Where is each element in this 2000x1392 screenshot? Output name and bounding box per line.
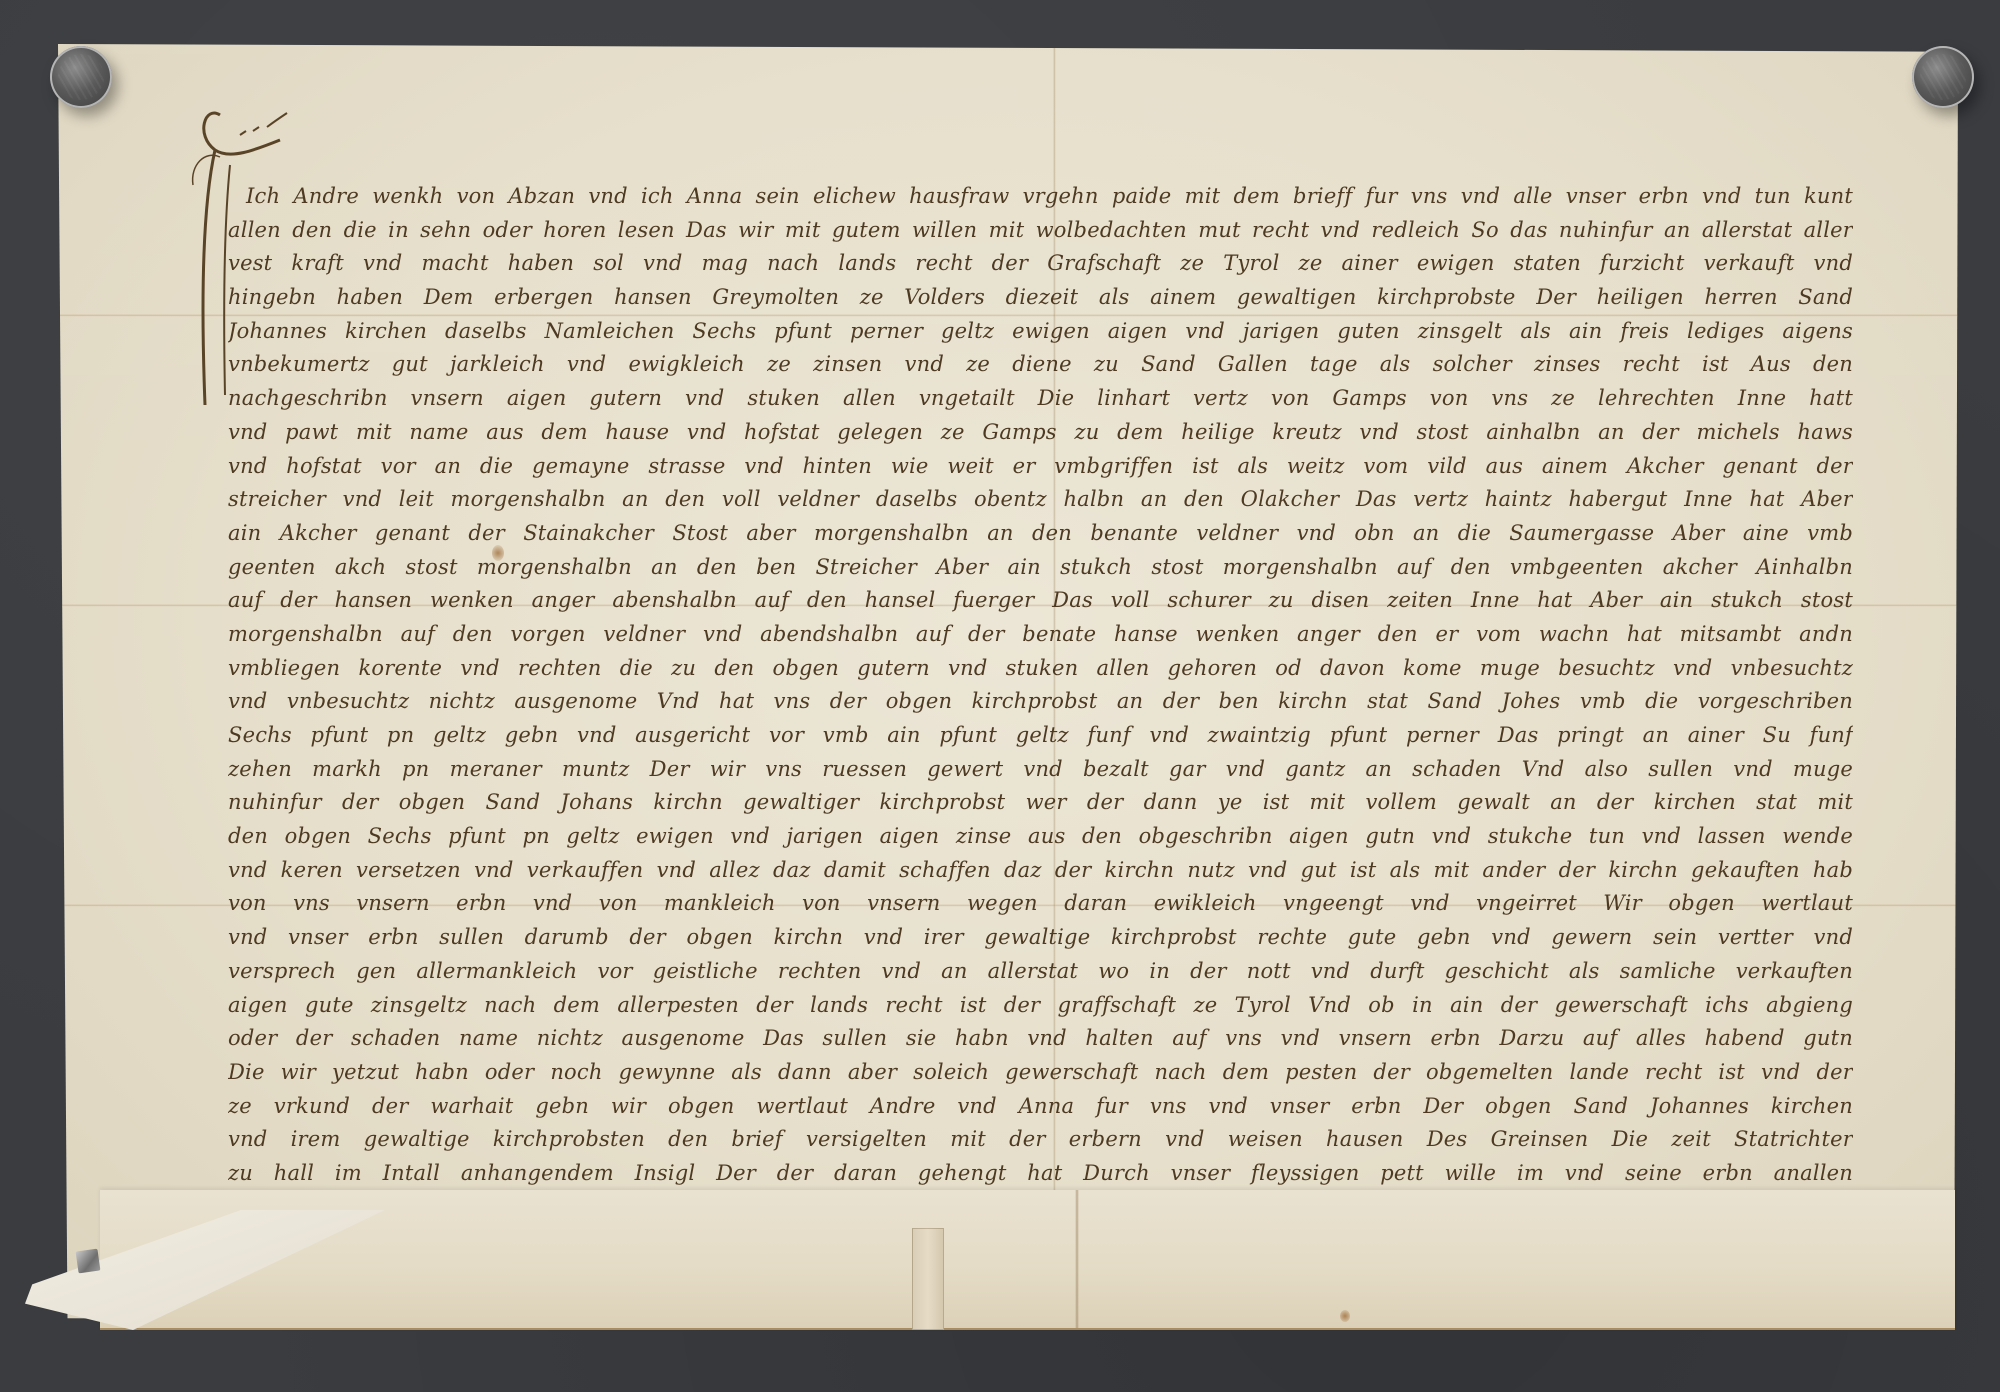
charter-text-block: Ich Andre wenkh von Abzan vnd ich Anna s…: [228, 180, 1853, 1292]
text-line: geenten akch stost morgenshalbn an den b…: [228, 551, 1853, 585]
text-line: vnd pawt mit name aus dem hause vnd hofs…: [228, 416, 1853, 450]
text-line: Johannes kirchen daselbs Namleichen Sech…: [228, 315, 1853, 349]
text-line: vnd vnbesuchtz nichtz ausgenome Vnd hat …: [228, 685, 1853, 719]
text-line: nuhinfur der obgen Sand Johans kirchn ge…: [228, 786, 1853, 820]
text-line: zehen markh pn meraner muntz Der wir vns…: [228, 753, 1853, 787]
text-line: oder der schaden name nichtz ausgenome D…: [228, 1022, 1853, 1056]
text-line: ain Akcher genant der Stainakcher Stost …: [228, 517, 1853, 551]
text-line: Die wir yetzut habn oder noch gewynne al…: [228, 1056, 1853, 1090]
text-line: morgenshalbn auf den vorgen veldner vnd …: [228, 618, 1853, 652]
text-line: von vns vnsern erbn vnd von mankleich vo…: [228, 887, 1853, 921]
ink-stain: [492, 545, 504, 561]
text-line: hingebn haben Dem erbergen hansen Greymo…: [228, 281, 1853, 315]
plica-center-crease: [1075, 1190, 1079, 1328]
text-line: streicher vnd leit morgenshalbn an den v…: [228, 483, 1853, 517]
text-line: nachgeschribn vnsern aigen gutern vnd st…: [228, 382, 1853, 416]
rust-stain: [1340, 1310, 1350, 1322]
text-line: allen den die in sehn oder horen lesen D…: [228, 214, 1853, 248]
text-line: ze vrkund der warhait gebn wir obgen wer…: [228, 1090, 1853, 1124]
text-line: vnbekumertz gut jarkleich vnd ewigkleich…: [228, 348, 1853, 382]
text-line: vnd irem gewaltige kirchprobsten den bri…: [228, 1123, 1853, 1157]
mounting-magnet-icon: [1912, 46, 1974, 108]
text-line: vnd vnser erbn sullen darumb der obgen k…: [228, 921, 1853, 955]
text-line: vest kraft vnd macht haben sol vnd mag n…: [228, 247, 1853, 281]
text-line: den obgen Sechs pfunt pn geltz ewigen vn…: [228, 820, 1853, 854]
text-line: Ich Andre wenkh von Abzan vnd ich Anna s…: [228, 180, 1853, 214]
seal-tag-strip: [912, 1228, 944, 1330]
text-line: aigen gute zinsgeltz nach dem allerpeste…: [228, 989, 1853, 1023]
text-line: vnd hofstat vor an die gemayne strasse v…: [228, 450, 1853, 484]
mounting-magnet-icon: [50, 46, 112, 108]
text-line: vmbliegen korente vnd rechten die zu den…: [228, 652, 1853, 686]
text-line: Sechs pfunt pn geltz gebn vnd ausgericht…: [228, 719, 1853, 753]
text-line: zu hall im Intall anhangendem Insigl Der…: [228, 1157, 1853, 1191]
metal-clip-icon: [76, 1249, 101, 1274]
text-line: versprech gen allermankleich vor geistli…: [228, 955, 1853, 989]
text-line: vnd keren versetzen vnd verkauffen vnd a…: [228, 854, 1853, 888]
text-line: auf der hansen wenken anger abenshalbn a…: [228, 584, 1853, 618]
